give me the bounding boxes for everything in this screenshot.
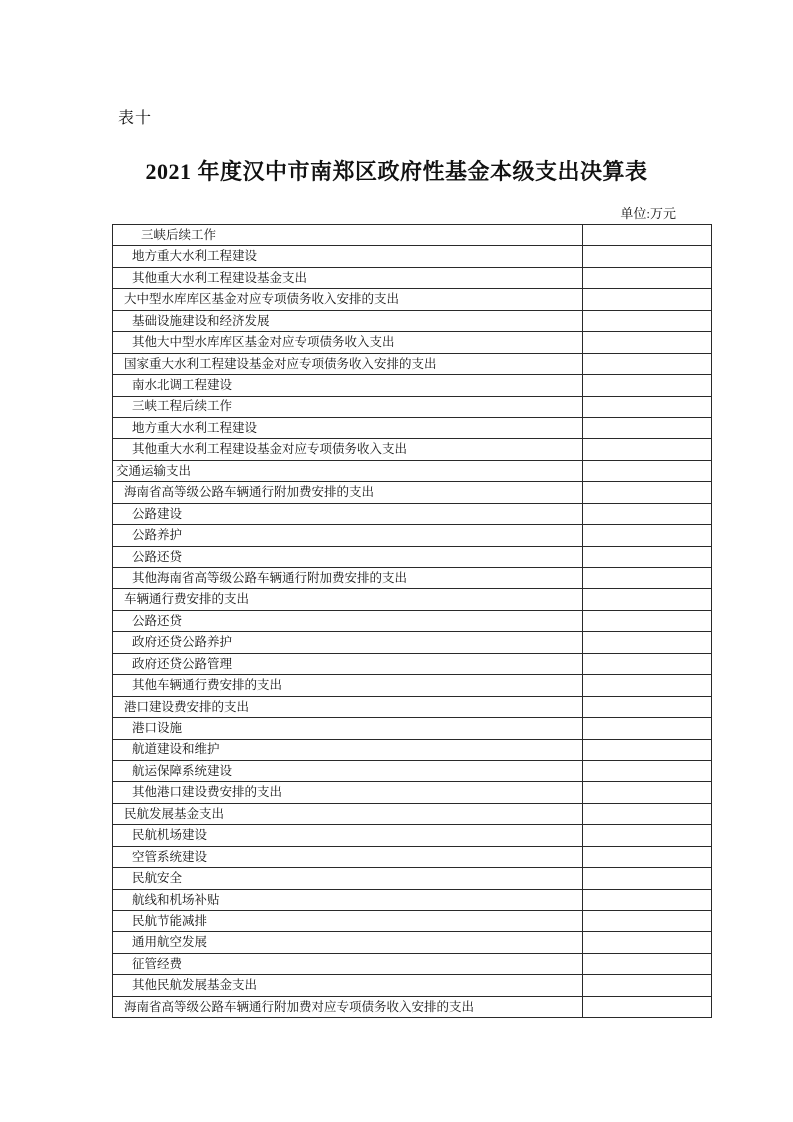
row-label: 民航发展基金支出 xyxy=(113,803,583,824)
row-label: 三峡工程后续工作 xyxy=(113,396,583,417)
table-row: 三峡后续工作 xyxy=(113,225,712,246)
table-row: 地方重大水利工程建设 xyxy=(113,246,712,267)
row-value-cell xyxy=(583,911,712,932)
row-label: 民航机场建设 xyxy=(113,825,583,846)
table-row: 港口设施 xyxy=(113,718,712,739)
row-value-cell xyxy=(583,718,712,739)
row-value-cell xyxy=(583,375,712,396)
table-row: 其他大中型水库库区基金对应专项债务收入支出 xyxy=(113,332,712,353)
row-value-cell xyxy=(583,460,712,481)
page-title: 2021 年度汉中市南郑区政府性基金本级支出决算表 xyxy=(0,155,793,186)
table-row: 公路还贷 xyxy=(113,546,712,567)
table-row: 公路养护 xyxy=(113,525,712,546)
row-label: 政府还贷公路管理 xyxy=(113,653,583,674)
row-label: 地方重大水利工程建设 xyxy=(113,417,583,438)
table-row: 民航发展基金支出 xyxy=(113,803,712,824)
row-value-cell xyxy=(583,782,712,803)
table-row: 车辆通行费安排的支出 xyxy=(113,589,712,610)
table-row: 民航安全 xyxy=(113,868,712,889)
table-row: 其他海南省高等级公路车辆通行附加费安排的支出 xyxy=(113,568,712,589)
row-label: 三峡后续工作 xyxy=(113,225,583,246)
table-row: 地方重大水利工程建设 xyxy=(113,417,712,438)
table-row: 航运保障系统建设 xyxy=(113,760,712,781)
table-row: 海南省高等级公路车辆通行附加费对应专项债务收入安排的支出 xyxy=(113,996,712,1017)
row-label: 车辆通行费安排的支出 xyxy=(113,589,583,610)
row-value-cell xyxy=(583,396,712,417)
row-label: 交通运输支出 xyxy=(113,460,583,481)
row-value-cell xyxy=(583,310,712,331)
row-value-cell xyxy=(583,225,712,246)
row-value-cell xyxy=(583,739,712,760)
row-value-cell xyxy=(583,868,712,889)
row-label: 其他大中型水库库区基金对应专项债务收入支出 xyxy=(113,332,583,353)
table-row: 政府还贷公路管理 xyxy=(113,653,712,674)
row-label: 民航安全 xyxy=(113,868,583,889)
row-label: 南水北调工程建设 xyxy=(113,375,583,396)
table-row: 三峡工程后续工作 xyxy=(113,396,712,417)
document-page: 表十 2021 年度汉中市南郑区政府性基金本级支出决算表 单位:万元 三峡后续工… xyxy=(0,0,793,1122)
row-label: 海南省高等级公路车辆通行附加费安排的支出 xyxy=(113,482,583,503)
row-value-cell xyxy=(583,289,712,310)
row-label: 港口建设费安排的支出 xyxy=(113,696,583,717)
table-row: 公路建设 xyxy=(113,503,712,524)
row-label: 征管经费 xyxy=(113,953,583,974)
row-label: 其他港口建设费安排的支出 xyxy=(113,782,583,803)
row-value-cell xyxy=(583,996,712,1017)
table-number-label: 表十 xyxy=(118,105,152,128)
row-label: 空管系统建设 xyxy=(113,846,583,867)
row-label: 航线和机场补贴 xyxy=(113,889,583,910)
row-label: 航道建设和维护 xyxy=(113,739,583,760)
row-value-cell xyxy=(583,267,712,288)
row-value-cell xyxy=(583,825,712,846)
row-value-cell xyxy=(583,246,712,267)
row-label: 航运保障系统建设 xyxy=(113,760,583,781)
row-label: 公路建设 xyxy=(113,503,583,524)
row-label: 民航节能减排 xyxy=(113,911,583,932)
row-label: 公路还贷 xyxy=(113,546,583,567)
row-label: 公路养护 xyxy=(113,525,583,546)
table-row: 国家重大水利工程建设基金对应专项债务收入安排的支出 xyxy=(113,353,712,374)
row-value-cell xyxy=(583,953,712,974)
row-value-cell xyxy=(583,932,712,953)
row-label: 公路还贷 xyxy=(113,610,583,631)
row-value-cell xyxy=(583,760,712,781)
table-row: 航道建设和维护 xyxy=(113,739,712,760)
row-value-cell xyxy=(583,568,712,589)
row-value-cell xyxy=(583,482,712,503)
table-row: 其他民航发展基金支出 xyxy=(113,975,712,996)
row-label: 基础设施建设和经济发展 xyxy=(113,310,583,331)
table-row: 基础设施建设和经济发展 xyxy=(113,310,712,331)
row-value-cell xyxy=(583,503,712,524)
table-row: 航线和机场补贴 xyxy=(113,889,712,910)
table-row: 港口建设费安排的支出 xyxy=(113,696,712,717)
budget-table-body: 三峡后续工作地方重大水利工程建设其他重大水利工程建设基金支出大中型水库库区基金对… xyxy=(113,225,712,1018)
row-label: 地方重大水利工程建设 xyxy=(113,246,583,267)
table-row: 政府还贷公路养护 xyxy=(113,632,712,653)
row-label: 港口设施 xyxy=(113,718,583,739)
row-label: 其他海南省高等级公路车辆通行附加费安排的支出 xyxy=(113,568,583,589)
table-row: 海南省高等级公路车辆通行附加费安排的支出 xyxy=(113,482,712,503)
row-label: 其他民航发展基金支出 xyxy=(113,975,583,996)
table-row: 公路还贷 xyxy=(113,610,712,631)
row-value-cell xyxy=(583,846,712,867)
row-value-cell xyxy=(583,546,712,567)
unit-label: 单位:万元 xyxy=(620,203,676,222)
table-row: 民航机场建设 xyxy=(113,825,712,846)
table-row: 征管经费 xyxy=(113,953,712,974)
table-row: 通用航空发展 xyxy=(113,932,712,953)
row-value-cell xyxy=(583,696,712,717)
table-row: 其他重大水利工程建设基金对应专项债务收入支出 xyxy=(113,439,712,460)
row-value-cell xyxy=(583,332,712,353)
row-value-cell xyxy=(583,353,712,374)
row-value-cell xyxy=(583,889,712,910)
row-label: 其他车辆通行费安排的支出 xyxy=(113,675,583,696)
row-value-cell xyxy=(583,675,712,696)
row-value-cell xyxy=(583,610,712,631)
table-row: 其他港口建设费安排的支出 xyxy=(113,782,712,803)
row-label: 大中型水库库区基金对应专项债务收入安排的支出 xyxy=(113,289,583,310)
table-row: 其他车辆通行费安排的支出 xyxy=(113,675,712,696)
row-value-cell xyxy=(583,803,712,824)
row-label: 政府还贷公路养护 xyxy=(113,632,583,653)
row-value-cell xyxy=(583,975,712,996)
row-value-cell xyxy=(583,653,712,674)
budget-table: 三峡后续工作地方重大水利工程建设其他重大水利工程建设基金支出大中型水库库区基金对… xyxy=(112,224,712,1018)
table-row: 空管系统建设 xyxy=(113,846,712,867)
row-value-cell xyxy=(583,525,712,546)
row-label: 通用航空发展 xyxy=(113,932,583,953)
table-row: 交通运输支出 xyxy=(113,460,712,481)
table-row: 大中型水库库区基金对应专项债务收入安排的支出 xyxy=(113,289,712,310)
row-value-cell xyxy=(583,417,712,438)
table-row: 其他重大水利工程建设基金支出 xyxy=(113,267,712,288)
row-value-cell xyxy=(583,589,712,610)
table-row: 南水北调工程建设 xyxy=(113,375,712,396)
row-value-cell xyxy=(583,439,712,460)
row-value-cell xyxy=(583,632,712,653)
row-label: 其他重大水利工程建设基金支出 xyxy=(113,267,583,288)
row-label: 海南省高等级公路车辆通行附加费对应专项债务收入安排的支出 xyxy=(113,996,583,1017)
table-row: 民航节能减排 xyxy=(113,911,712,932)
row-label: 其他重大水利工程建设基金对应专项债务收入支出 xyxy=(113,439,583,460)
row-label: 国家重大水利工程建设基金对应专项债务收入安排的支出 xyxy=(113,353,583,374)
